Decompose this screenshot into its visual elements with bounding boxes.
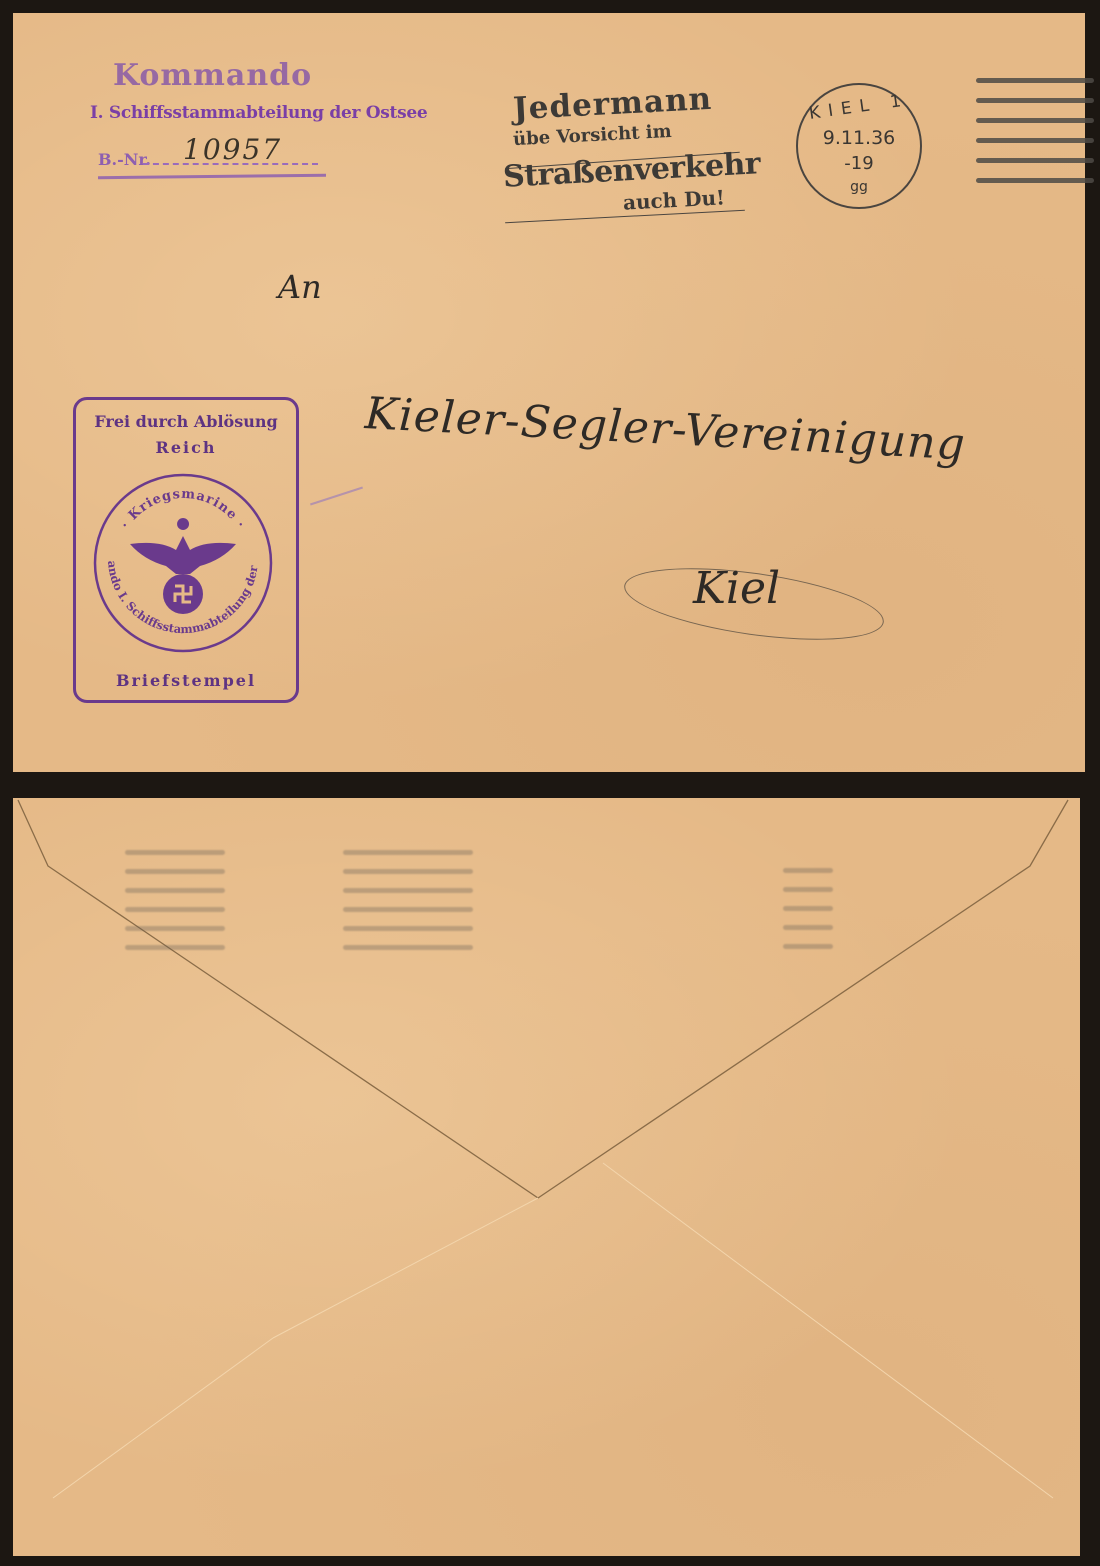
address-city: Kiel xyxy=(693,563,780,614)
official-line-2: Reich xyxy=(76,438,296,457)
envelope-front: Kommando I. Schiffsstammabteilung der Os… xyxy=(13,13,1085,772)
offset-cancel-left xyxy=(125,850,225,964)
reference-label: B.-Nr. xyxy=(98,150,151,169)
offset-cancel-center xyxy=(343,850,473,964)
sender-underline xyxy=(98,174,326,179)
slogan-cancel: Jedermann übe Vorsicht im Straßenverkehr… xyxy=(493,78,743,218)
slogan-line-4: auch Du! xyxy=(622,185,725,214)
address-recipient: Kieler-Segler-Vereinigung xyxy=(364,388,967,470)
cancel-line xyxy=(976,98,1094,103)
reference-number: 10957 xyxy=(183,133,282,166)
offset-cancel-right xyxy=(783,868,833,963)
sender-line-2: I. Schiffsstammabteilung der Ostsee xyxy=(90,103,427,123)
address-salutation: An xyxy=(278,268,322,306)
cancel-line xyxy=(976,78,1094,83)
official-footer: Briefstempel xyxy=(76,671,296,690)
postmark: KIEL 1 9.11.36 -19 gg xyxy=(796,83,922,209)
pen-mark xyxy=(310,487,363,506)
cancel-line xyxy=(976,138,1094,143)
cancel-line xyxy=(976,118,1094,123)
official-postage-stamp: Frei durch Ablösung Reich · Kriegsmarine… xyxy=(73,397,299,703)
envelope-back xyxy=(13,798,1080,1556)
cancel-line xyxy=(976,158,1094,163)
wavy-cancel-lines xyxy=(976,78,1094,198)
eagle-seal-icon: · Kriegsmarine · Kommando I. Schiffsstam… xyxy=(90,470,276,656)
postmark-city: KIEL 1 xyxy=(797,89,921,126)
cancel-line xyxy=(976,178,1094,183)
sender-line-1: Kommando xyxy=(113,58,312,93)
postmark-code: gg xyxy=(798,179,920,195)
official-line-1: Frei durch Ablösung xyxy=(76,412,296,431)
postmark-date: 9.11.36 xyxy=(798,127,920,149)
slogan-line-1: Jedermann xyxy=(512,81,713,127)
postmark-time: -19 xyxy=(798,153,920,174)
